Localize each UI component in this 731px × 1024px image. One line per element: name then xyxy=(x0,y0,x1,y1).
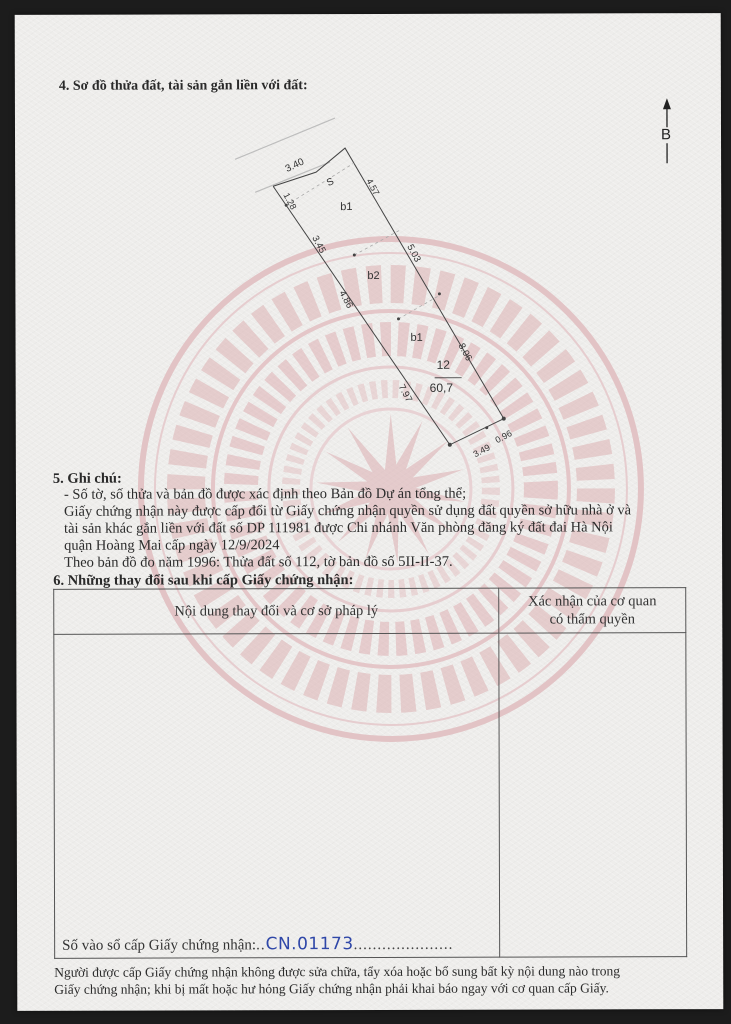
column-header-confirmation: Xác nhận của cơ quan có thẩm quyền xyxy=(499,588,686,633)
column-header-content: Nội dung thay đổi và cơ sở pháp lý xyxy=(54,588,499,634)
confirmation-cell xyxy=(499,633,687,957)
zone-label-b2: b2 xyxy=(367,270,379,282)
edge-length-right-2: 5.03 xyxy=(404,243,422,265)
edge-length-top: 3.40 xyxy=(284,157,306,175)
footer-warning: Người được cấp Giấy chứng nhận không đượ… xyxy=(54,962,714,998)
column-header-line: Xác nhận của cơ quan xyxy=(500,592,684,610)
parcel-area: 60,7 xyxy=(430,381,453,395)
zone-label-b1-top: b1 xyxy=(340,201,352,213)
registration-number: CN.01173 xyxy=(266,934,354,954)
parcel-labels: 3.40 S 1.28 4.57 b1 3.45 5.03 b2 4.86 b1… xyxy=(15,13,722,495)
changes-content-cell: Số vào sổ cấp Giấy chứng nhận:..CN.01173… xyxy=(54,633,500,958)
edge-length-bottom-1: 3.49 xyxy=(472,442,492,459)
edge-length-right-1: 4.57 xyxy=(364,177,381,197)
note-line: Theo bản đồ đo năm 1996: Thửa đất số 112… xyxy=(64,553,714,572)
changes-table: Nội dung thay đổi và cơ sở pháp lý Xác n… xyxy=(53,587,687,959)
edge-length-left-3: 4.86 xyxy=(336,289,354,311)
zone-label-b1-bottom: b1 xyxy=(411,332,423,344)
footer-line: Giấy chứng nhận; khi bị mất hoặc hư hỏng… xyxy=(54,979,714,998)
note-line: quận Hoàng Mai cấp ngày 12/9/2024 xyxy=(64,536,714,555)
registration-label: Số vào sổ cấp Giấy chứng nhận: xyxy=(62,937,256,954)
note-line: Giấy chứng nhận này được cấp đổi từ Giấy… xyxy=(64,502,714,521)
edge-length-left-1: 1.28 xyxy=(281,191,298,211)
note-line: - Số tờ, số thửa và bản đồ được xác định… xyxy=(64,485,714,504)
footer-line: Người được cấp Giấy chứng nhận không đượ… xyxy=(54,962,714,981)
column-header-line: có thẩm quyền xyxy=(500,610,684,628)
edge-length-left-4: 7.97 xyxy=(396,383,414,405)
edge-length-left-2: 3.45 xyxy=(309,234,327,256)
notes-block: - Số tờ, số thửa và bản đồ được xác định… xyxy=(64,485,714,572)
registration-dots: ..................... xyxy=(354,937,454,953)
section-6-heading: 6. Những thay đổi sau khi cấp Giấy chứng… xyxy=(53,572,353,590)
parcel-number: 12 xyxy=(437,358,450,372)
registration-line: Số vào sổ cấp Giấy chứng nhận:..CN.01173… xyxy=(56,934,498,957)
note-line: tài sản khác gắn liền với đất số DP 1119… xyxy=(64,519,714,538)
section-5-heading: 5. Ghi chú: xyxy=(53,471,122,488)
edge-length-bottom-2: 0.96 xyxy=(493,428,513,445)
edge-length-right-3: 8.06 xyxy=(456,341,474,363)
zone-label-s: S xyxy=(325,176,336,189)
certificate-page: 4. Sơ đồ thửa đất, tài sản gắn liền với … xyxy=(15,13,724,1011)
